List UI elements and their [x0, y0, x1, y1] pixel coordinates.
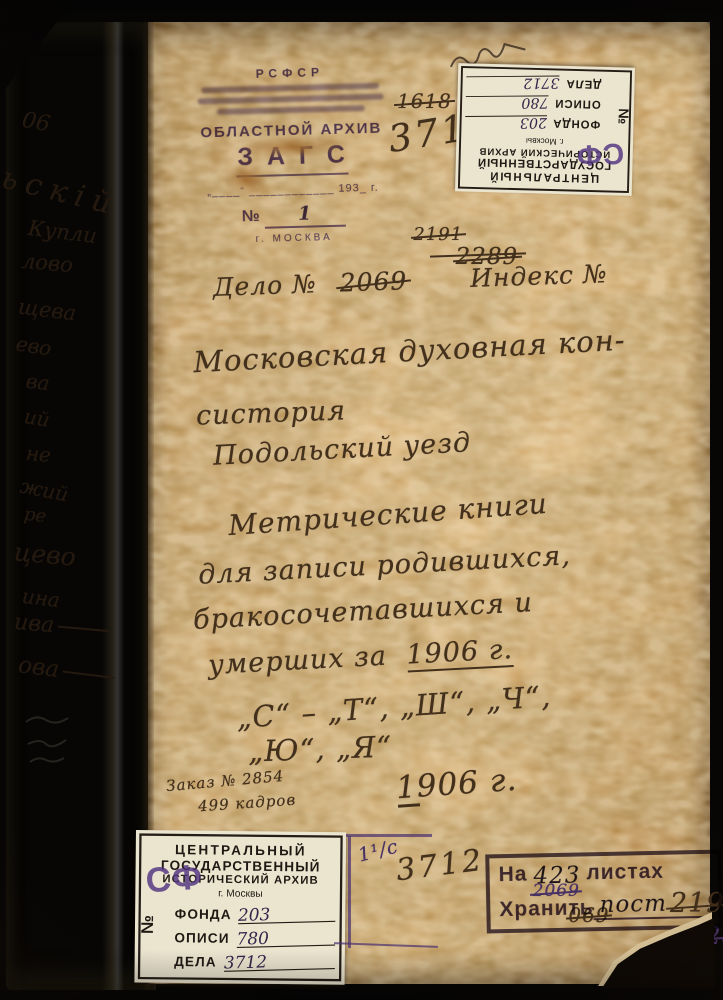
field-label-fond: ФОНДА — [175, 906, 232, 922]
storage-stamp: На 423 листах Хранить пост — [485, 850, 723, 934]
field-label-delo: ДЕЛА — [174, 954, 217, 970]
archive-label-bottom-left: ЦЕНТРАЛЬНЫЙ ГОСУДАРСТВЕННЫЙ ИСТОРИЧЕСКИЙ… — [134, 830, 346, 985]
spine-fragment: не — [25, 441, 52, 467]
purple-frame-line — [348, 836, 351, 948]
sheets-row: На 423 листах — [498, 859, 708, 887]
sf-mark: СФ — [144, 857, 204, 902]
spine-fragment-text: ива — [13, 610, 55, 638]
field-value-fond: 203 — [465, 115, 546, 130]
book-spine: 06 ольскій Купли лово щева ево ва ий не … — [6, 22, 150, 990]
stamp-number-label: № — [242, 208, 260, 225]
ink-tail — [63, 671, 115, 679]
illegible-stamp-line — [201, 83, 379, 94]
zags-archive-stamp: РСФСР ОБЛАСТНОЙ АРХИВ ЗАГС „____“ ______… — [173, 63, 412, 247]
handwritten-number-one: 1 — [264, 202, 346, 229]
label-number-sign: № — [615, 108, 632, 124]
spine-fragment: ва — [25, 369, 51, 396]
spine-fragment: щева — [17, 295, 78, 326]
store-underline: пост — [593, 892, 709, 920]
illegible-stamp-line — [217, 105, 365, 115]
delo-number-crossed: 2069 — [339, 266, 408, 297]
store-row: Хранить пост — [499, 892, 709, 922]
spine-fragment: Купли — [27, 216, 98, 248]
archive-label-top-right: ЦЕНТРАЛЬНЫЙ ГОСУДАРСТВЕННЫЙ ИСТОРИЧЕСКИЙ… — [455, 63, 635, 196]
spine-fragment: ива — [13, 610, 111, 643]
delo-label: Дело № — [213, 269, 318, 302]
ink-tail — [58, 626, 110, 633]
field-label-opis: ОПИСИ — [554, 97, 601, 112]
illegible-stamp-line — [197, 94, 383, 105]
label-frame: ЦЕНТРАЛЬНЫЙ ГОСУДАРСТВЕННЫЙ ИСТОРИЧЕСКИЙ… — [458, 66, 632, 193]
field-value-fond: 203 — [238, 905, 335, 924]
crossed-out-number: 2191 — [413, 224, 463, 245]
field-value-opis: 780 — [236, 929, 335, 948]
stamp-number-row: № 1 — [176, 200, 411, 231]
spine-fragment: ре — [23, 504, 48, 528]
sheets-suffix: листах — [586, 860, 664, 886]
book-cover-photo: 06 ольскій Купли лово щева ево ва ий не … — [0, 0, 723, 1000]
sf-mark: СФ — [575, 136, 625, 173]
spine-fragment: лово — [21, 249, 74, 277]
spine-fragment: ина — [21, 584, 62, 612]
index-label: Индекс № — [470, 259, 608, 293]
title-letters-line2: „Ю“, „Я“ — [247, 729, 392, 768]
title-line-consistory2: систория — [196, 395, 347, 431]
spine-fragment: ево — [14, 331, 53, 360]
sheets-count-handwritten: 423 — [533, 865, 580, 886]
field-value-delo: 3712 — [223, 952, 335, 972]
spine-fragment: ий — [22, 404, 51, 432]
stamp-date-line: „____“ ____________ 193_ г. — [176, 181, 410, 199]
field-label-opis: ОПИСИ — [174, 930, 229, 946]
spine-fragment: цево — [13, 537, 77, 571]
spine-fragment-text: ова — [17, 652, 61, 683]
spine-fragment: жий — [18, 474, 70, 507]
sheets-prefix: На — [498, 863, 527, 888]
deaths-year-underlined: 1906 г. — [406, 634, 514, 673]
faint-pencil-marks — [22, 710, 74, 770]
spine-ridge — [102, 22, 124, 990]
field-label-fond: ФОНДА — [552, 117, 600, 132]
label-frame: ЦЕНТРАЛЬНЫЙ ГОСУДАРСТВЕННЫЙ ИСТОРИЧЕСКИЙ… — [138, 833, 343, 981]
store-label: Хранить — [499, 896, 594, 922]
spine-fragment: 06 — [20, 108, 52, 137]
store-value-handwritten: пост — [599, 891, 667, 918]
field-value-delo: 3712 — [466, 76, 560, 91]
label-number-sign: № — [138, 915, 157, 934]
field-label-delo: ДЕЛА — [565, 77, 601, 91]
field-value-opis: 780 — [466, 95, 549, 110]
